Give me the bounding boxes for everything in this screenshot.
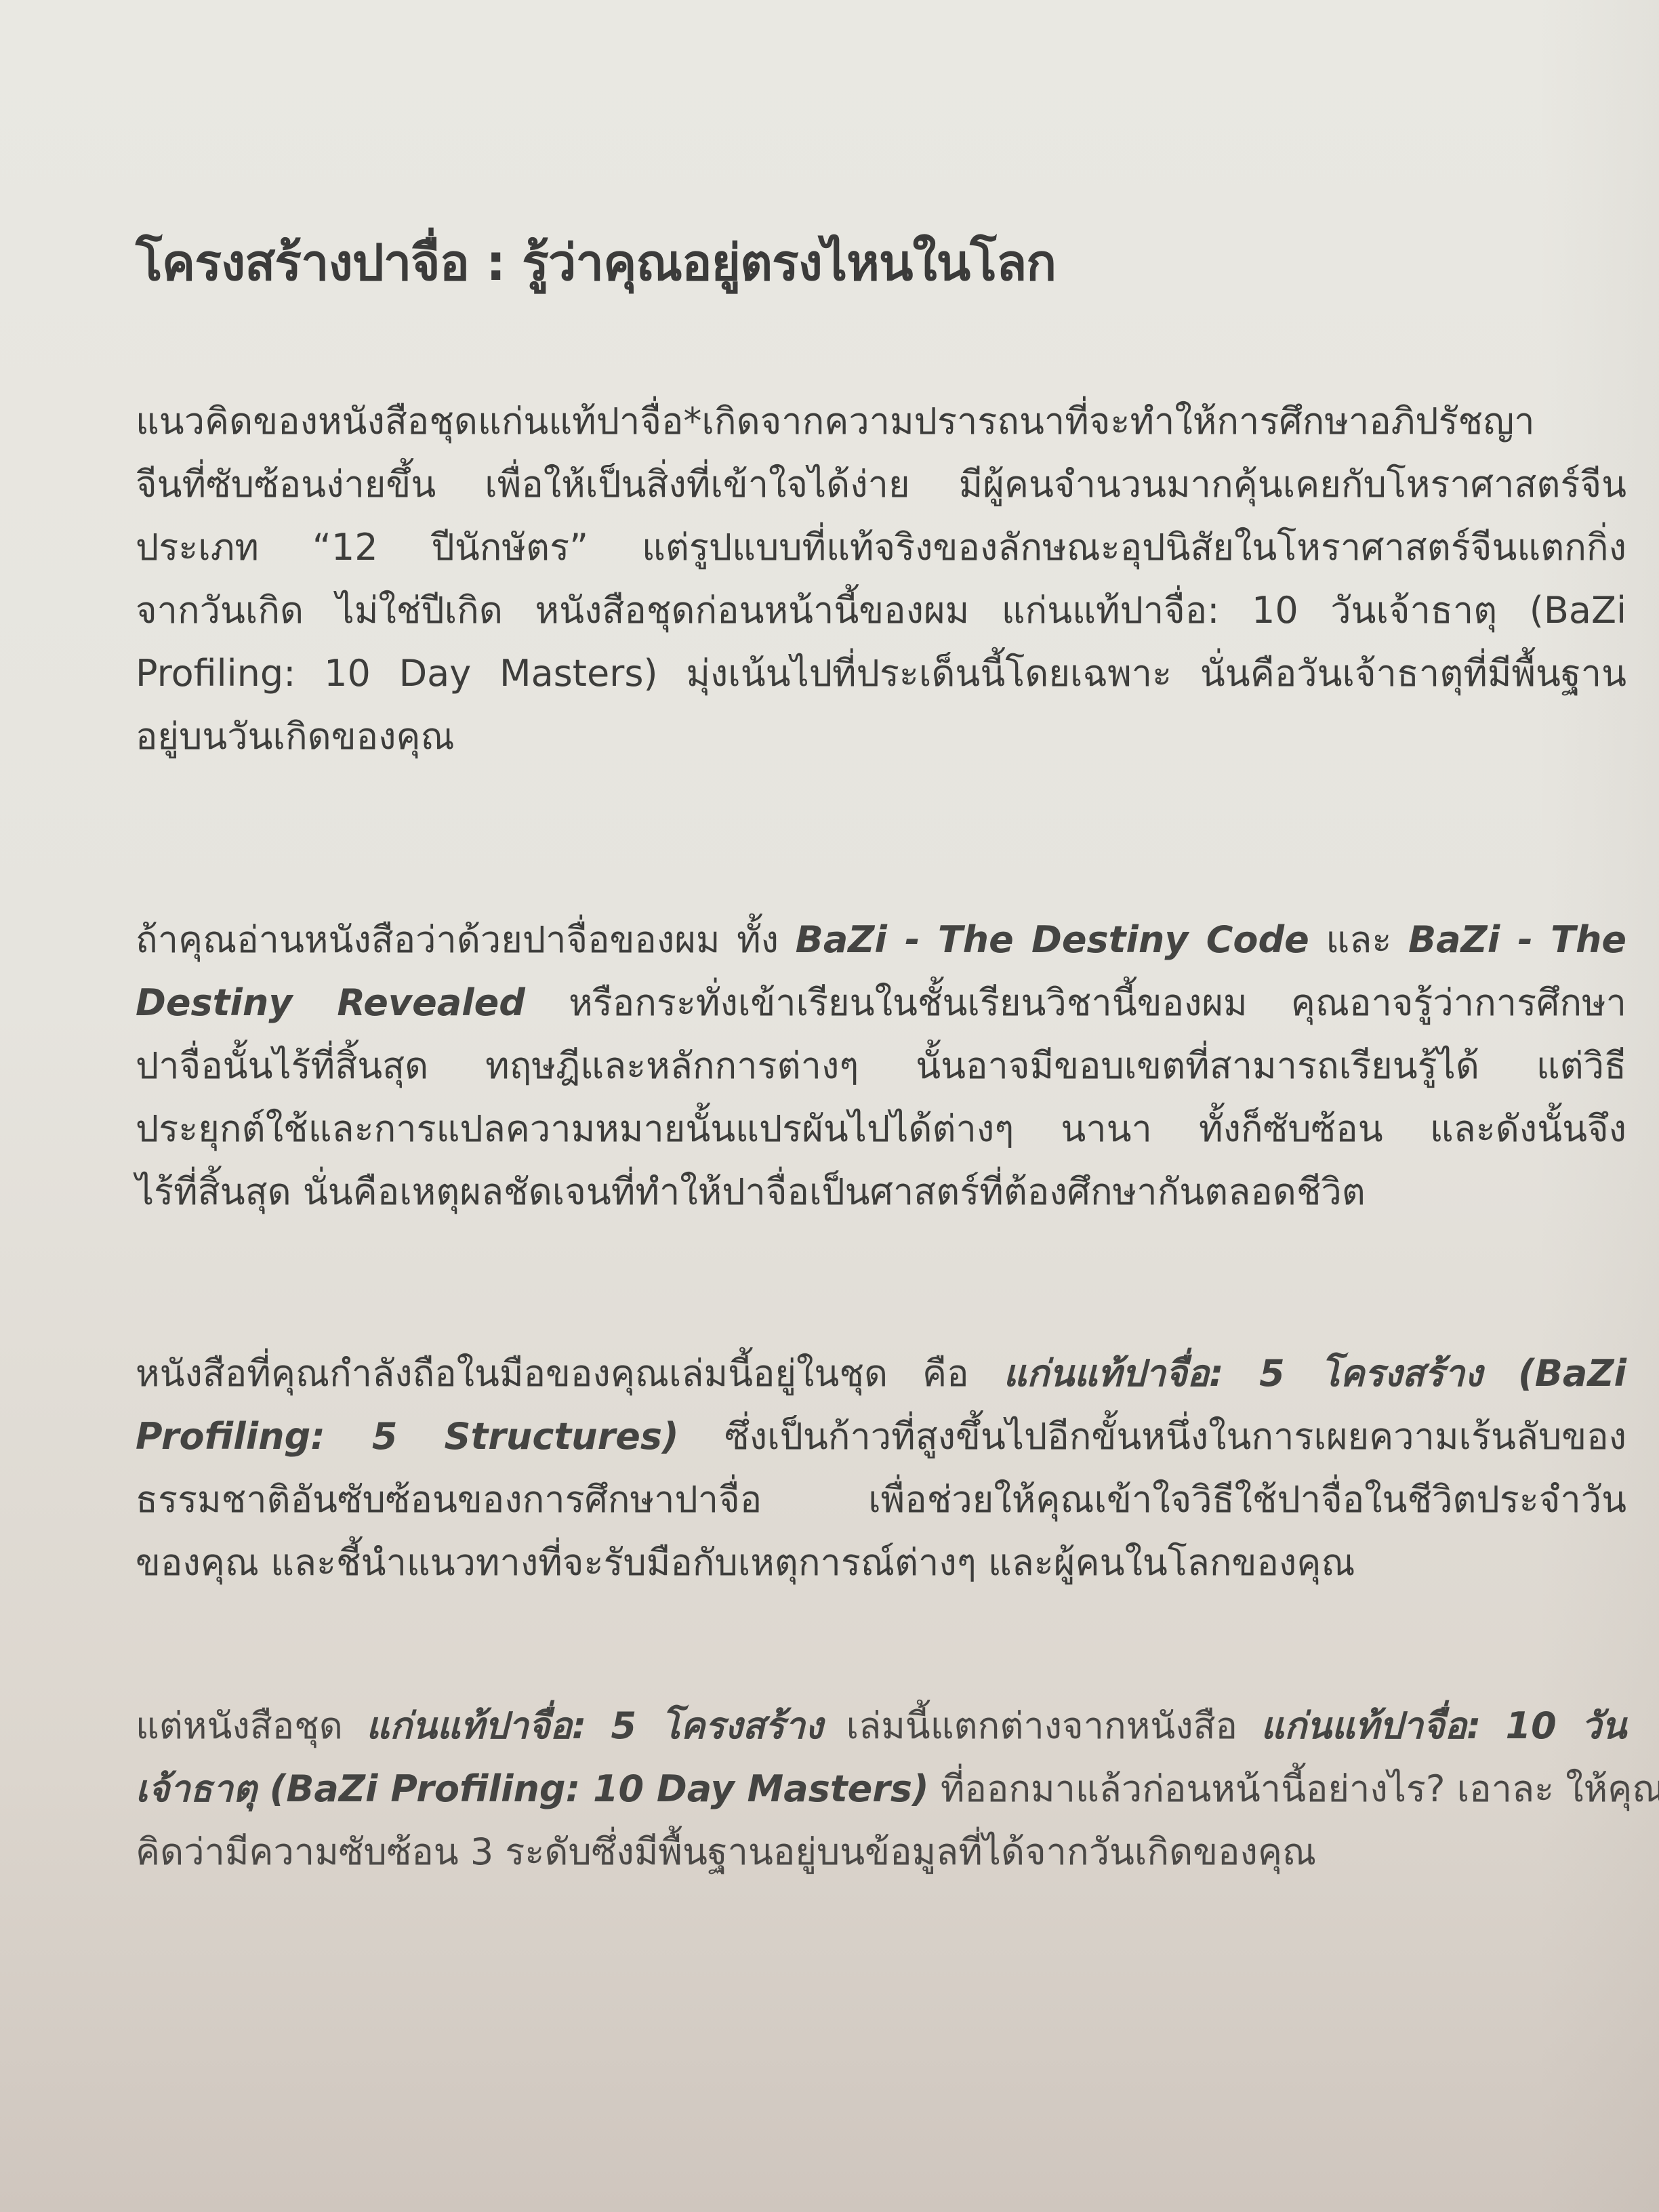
- paragraph-1-line-1: แนวคิดของหนังสือชุดแก่นแท้ปาจื่อ*เกิดจาก…: [136, 390, 1626, 453]
- paragraph-1: แนวคิดของหนังสือชุดแก่นแท้ปาจื่อ*เกิดจาก…: [136, 390, 1626, 768]
- book-title-destiny-code: BaZi - The Destiny Code: [796, 918, 1309, 961]
- paragraph-2-line-1: ถ้าคุณอ่านหนังสือว่าด้วยปาจื่อของผม ทั้ง…: [136, 908, 1626, 971]
- paragraph-3-text: ซึ่งเป็นก้าวที่สูงขึ้นไปอีกขั้นหนึ่งในกา…: [679, 1415, 1626, 1458]
- paragraph-4-text: ที่ออกมาแล้วก่อนหน้านี้อย่างไร? เอาละ ให…: [929, 1767, 1659, 1810]
- paragraph-3: หนังสือที่คุณกำลังถือในมือของคุณเล่มนี้อ…: [136, 1342, 1626, 1594]
- paragraph-2-line-3: ปาจื่อนั้นไร้ที่สิ้นสุด ทฤษฎีและหลักการต…: [136, 1034, 1626, 1097]
- paragraph-4-line-3: คิดว่ามีความซับซ้อน 3 ระดับซึ่งมีพื้นฐาน…: [136, 1820, 1626, 1883]
- paragraph-3-line-2: Profiling: 5 Structures) ซึ่งเป็นก้าวที่…: [136, 1405, 1626, 1468]
- paragraph-2-text: หรือกระทั่งเข้าเรียนในชั้นเรียนวิชานี้ขอ…: [525, 981, 1626, 1024]
- book-title-destiny-revealed: Destiny Revealed: [136, 981, 525, 1024]
- paragraph-2-text: และ: [1309, 918, 1408, 961]
- paragraph-1-line-6: อยู่บนวันเกิดของคุณ: [136, 705, 1626, 768]
- paragraph-1-line-5: Profiling: 10 Day Masters) มุ่งเน้นไปที่…: [136, 642, 1626, 705]
- book-page: โครงสร้างปาจื่อ : รู้ว่าคุณอยู่ตรงไหนในโ…: [0, 0, 1659, 2212]
- paragraph-3-line-4: ของคุณ และชี้นำแนวทางที่จะรับมือกับเหตุก…: [136, 1531, 1626, 1594]
- paragraph-2-text: ถ้าคุณอ่านหนังสือว่าด้วยปาจื่อของผม ทั้ง: [136, 918, 796, 961]
- book-title-5-structures: Profiling: 5 Structures): [136, 1415, 679, 1458]
- page-title: โครงสร้างปาจื่อ : รู้ว่าคุณอยู่ตรงไหนในโ…: [136, 222, 1056, 302]
- paragraph-4-line-1: แต่หนังสือชุด แก่นแท้ปาจื่อ: 5 โครงสร้าง…: [136, 1694, 1626, 1757]
- book-title-destiny-revealed: BaZi - The: [1408, 918, 1626, 961]
- paragraph-1-line-4: จากวันเกิด ไม่ใช่ปีเกิด หนังสือชุดก่อนหน…: [136, 579, 1626, 642]
- paragraph-3-line-1: หนังสือที่คุณกำลังถือในมือของคุณเล่มนี้อ…: [136, 1342, 1626, 1405]
- book-title-10-day-masters: แก่นแท้ปาจื่อ: 10 วัน: [1261, 1704, 1626, 1747]
- paragraph-4-text: แต่หนังสือชุด: [136, 1704, 366, 1747]
- paragraph-2: ถ้าคุณอ่านหนังสือว่าด้วยปาจื่อของผม ทั้ง…: [136, 908, 1626, 1223]
- paragraph-3-line-3: ธรรมชาติอันซับซ้อนของการศึกษาปาจื่อ เพื่…: [136, 1468, 1626, 1531]
- book-title-5-structures: แก่นแท้ปาจื่อ: 5 โครงสร้าง (BaZi: [1004, 1352, 1626, 1395]
- paragraph-4-text: เล่มนี้แตกต่างจากหนังสือ: [823, 1704, 1261, 1747]
- paragraph-2-line-4: ประยุกต์ใช้และการแปลความหมายนั้นแปรผันไป…: [136, 1097, 1626, 1160]
- book-title-5-structures: แก่นแท้ปาจื่อ: 5 โครงสร้าง: [366, 1704, 823, 1747]
- book-title-10-day-masters: เจ้าธาตุ (BaZi Profiling: 10 Day Masters…: [136, 1767, 929, 1810]
- paragraph-2-line-5: ไร้ที่สิ้นสุด นั่นคือเหตุผลชัดเจนที่ทำให…: [136, 1160, 1626, 1223]
- paragraph-1-line-2: จีนที่ซับซ้อนง่ายขึ้น เพื่อให้เป็นสิ่งที…: [136, 453, 1626, 516]
- paragraph-1-line-3: ประเภท “12 ปีนักษัตร” แต่รูปแบบที่แท้จริ…: [136, 516, 1626, 579]
- paragraph-4: แต่หนังสือชุด แก่นแท้ปาจื่อ: 5 โครงสร้าง…: [136, 1694, 1626, 1883]
- paragraph-3-text: หนังสือที่คุณกำลังถือในมือของคุณเล่มนี้อ…: [136, 1352, 1004, 1395]
- paragraph-4-line-2: เจ้าธาตุ (BaZi Profiling: 10 Day Masters…: [136, 1757, 1626, 1820]
- paragraph-2-line-2: Destiny Revealed หรือกระทั่งเข้าเรียนในช…: [136, 971, 1626, 1034]
